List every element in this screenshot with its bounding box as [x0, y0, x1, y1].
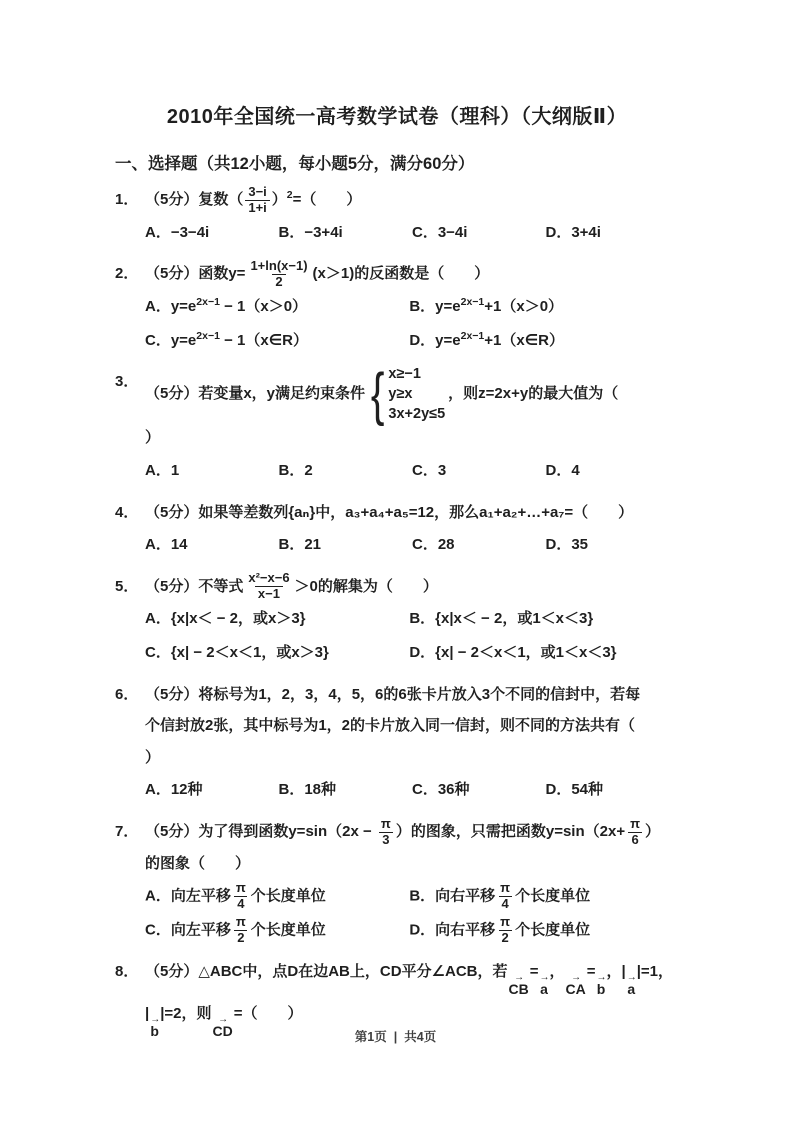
text-run: C．3−4i — [412, 224, 467, 241]
question-2: 2．（5分）函数y=1+ln(x−1)2(x＞1)的反函数是（ ）A．y=e2x… — [115, 258, 679, 359]
question-6: 6．（5分）将标号为1，2，3，4，5，6的6张卡片放入3个不同的信封中，若每个… — [115, 679, 679, 809]
question-3-line-2: ） — [145, 422, 679, 454]
text-run: A．y=e — [145, 298, 196, 315]
question-6-option-d: D．54种 — [546, 775, 680, 806]
question-1-option-b: B．−3+4i — [279, 218, 413, 249]
text-run: B．−3+4i — [279, 224, 343, 241]
math-fraction: π2 — [233, 915, 249, 946]
math-fraction: π4 — [497, 881, 513, 912]
question-5-option-c: C．{x| − 2＜x＜1，或x＞3} — [145, 638, 409, 669]
vector-base: CB — [509, 982, 529, 997]
superscript: 2x−1 — [461, 330, 485, 342]
vector-notation: →b — [597, 975, 606, 997]
fraction-denominator: 3 — [379, 832, 392, 848]
question-8-line-1: （5分）△ABC中，点D在边AB上，CD平分∠ACB，若→CB=→a，→CA=→… — [145, 956, 679, 997]
text-run: （5分）若变量x，y满足约束条件 — [145, 385, 365, 402]
question-6-line-2: 个信封放2张，其中标号为1，2的卡片放入同一信封，则不同的方法共有（ — [145, 710, 679, 742]
question-5-option-d: D．{x| − 2＜x＜1，或1＜x＜3} — [409, 638, 673, 669]
question-7: 7．（5分）为了得到函数y=sin（2x − π3）的图象，只需把函数y=sin… — [115, 816, 679, 949]
text-run: D．54种 — [546, 781, 604, 798]
question-number: 3． — [115, 366, 145, 489]
constraint-rows: x≥−1y≥x3x+2y≤5 — [388, 366, 445, 422]
question-7-option-a: A．向左平移π4个长度单位 — [145, 881, 409, 912]
text-run: 个长度单位 — [515, 922, 590, 939]
constraint-row: 3x+2y≤5 — [388, 406, 445, 423]
total-pages: 共4页 — [404, 1030, 436, 1044]
question-2-option-b: B．y=e2x−1+1（x＞0） — [409, 292, 673, 323]
question-6-option-c: C．36种 — [412, 775, 546, 806]
text-run: C．向左平移 — [145, 922, 231, 939]
text-run: ） — [145, 429, 160, 446]
page-footer: 第1页|共4页 — [0, 1027, 791, 1045]
math-fraction: 1+ln(x−1)2 — [247, 259, 310, 290]
question-3: 3．（5分）若变量x，y满足约束条件{x≥−1y≥x3x+2y≤5，则z=2x+… — [115, 366, 679, 489]
text-run: ，则z=2x+y的最大值为（ — [448, 385, 618, 402]
question-3-option-d: D．4 — [546, 456, 680, 487]
text-run: B．21 — [279, 536, 322, 553]
fraction-numerator: x²−x−6 — [245, 571, 292, 586]
text-run: C．3 — [412, 462, 446, 479]
math-fraction: π2 — [497, 915, 513, 946]
constraint-system: {x≥−1y≥x3x+2y≤5 — [368, 366, 445, 422]
text-run: | — [145, 1005, 149, 1022]
vector-notation: →a — [540, 975, 549, 997]
text-run: A．向左平移 — [145, 887, 231, 904]
fraction-numerator: π — [378, 817, 394, 832]
question-3-option-c: C．3 — [412, 456, 546, 487]
fraction-numerator: π — [233, 881, 249, 896]
text-run: D．3+4i — [546, 224, 601, 241]
text-run: （5分）将标号为1，2，3，4，5，6的6张卡片放入3个不同的信封中，若每 — [145, 686, 640, 703]
superscript: 2x−1 — [196, 330, 220, 342]
text-run: ）的图象，只需把函数y=sin（2x+ — [396, 823, 625, 840]
section-heading: 一、选择题（共12小题，每小题5分，满分60分） — [115, 150, 679, 174]
question-6-line-1: （5分）将标号为1，2，3，4，5，6的6张卡片放入3个不同的信封中，若每 — [145, 679, 679, 711]
text-run: − 1（x＞0） — [220, 298, 307, 315]
constraint-row: x≥−1 — [388, 366, 445, 383]
text-run: ） — [645, 823, 660, 840]
question-number: 1． — [115, 184, 145, 251]
fraction-denominator: 2 — [499, 930, 512, 946]
fraction-denominator: 2 — [272, 274, 285, 290]
footer-separator: | — [394, 1030, 398, 1044]
text-run: B．{x|x＜ − 2，或1＜x＜3} — [409, 610, 593, 627]
question-5-option-row: C．{x| − 2＜x＜1，或x＞3}D．{x| − 2＜x＜1，或1＜x＜3} — [145, 638, 679, 669]
question-7-option-d: D．向右平移π2个长度单位 — [409, 915, 673, 946]
question-1-option-c: C．3−4i — [412, 218, 546, 249]
text-run: A．14 — [145, 536, 188, 553]
text-run: D．y=e — [409, 332, 460, 349]
text-run: （5分）函数y= — [145, 265, 245, 282]
text-run: =（ ） — [234, 1005, 303, 1022]
fraction-numerator: π — [497, 915, 513, 930]
text-run: （5分）△ABC中，点D在边AB上，CD平分∠ACB，若 — [145, 963, 508, 980]
text-run: = — [530, 963, 539, 980]
text-run: A．1 — [145, 462, 179, 479]
question-4-option-row: A．14B．21C．28D．35 — [145, 530, 679, 561]
question-5-option-a: A．{x|x＜ − 2，或x＞3} — [145, 604, 409, 635]
text-run: |=1， — [637, 963, 673, 980]
text-run: ） — [145, 749, 160, 766]
text-run: C．36种 — [412, 781, 470, 798]
text-run: （5分）复数（ — [145, 191, 243, 208]
text-run: (x＞1)的反函数是（ ） — [313, 265, 490, 282]
question-7-line-1: （5分）为了得到函数y=sin（2x − π3）的图象，只需把函数y=sin（2… — [145, 816, 679, 848]
question-3-option-row: A．1B．2C．3D．4 — [145, 456, 679, 487]
text-run: A．−3−4i — [145, 224, 209, 241]
question-number: 6． — [115, 679, 145, 809]
question-3-line-1: （5分）若变量x，y满足约束条件{x≥−1y≥x3x+2y≤5，则z=2x+y的… — [145, 366, 679, 422]
text-run: B．y=e — [409, 298, 460, 315]
text-run: D．向右平移 — [409, 922, 495, 939]
math-fraction: π3 — [378, 817, 394, 848]
text-run: =（ ） — [293, 191, 362, 208]
fraction-denominator: 6 — [628, 832, 641, 848]
cases-brace-icon: { — [371, 367, 385, 422]
question-5-option-b: B．{x|x＜ − 2，或1＜x＜3} — [409, 604, 673, 635]
question-list: 1．（5分）复数（3−i1+i）2=（ ）A．−3−4iB．−3+4iC．3−4… — [115, 184, 679, 1039]
text-run: C．28 — [412, 536, 455, 553]
question-body: （5分）函数y=1+ln(x−1)2(x＞1)的反函数是（ ）A．y=e2x−1… — [145, 258, 679, 359]
question-7-option-b: B．向右平移π4个长度单位 — [409, 881, 673, 912]
vector-notation: →a — [627, 975, 636, 997]
question-7-option-row: A．向左平移π4个长度单位B．向右平移π4个长度单位 — [145, 881, 679, 912]
question-5-line-1: （5分）不等式x²−x−6x−1＞0的解集为（ ） — [145, 571, 679, 603]
question-body: （5分）将标号为1，2，3，4，5，6的6张卡片放入3个不同的信封中，若每个信封… — [145, 679, 679, 809]
fraction-denominator: x−1 — [255, 586, 283, 602]
fraction-numerator: 1+ln(x−1) — [247, 259, 310, 274]
text-run: A．12种 — [145, 781, 203, 798]
question-6-option-b: B．18种 — [279, 775, 413, 806]
text-run: +1（x＞0） — [484, 298, 563, 315]
question-6-line-3: ） — [145, 742, 679, 774]
vector-base: a — [540, 982, 548, 997]
vector-notation: →CB — [509, 975, 529, 997]
question-1-option-a: A．−3−4i — [145, 218, 279, 249]
text-run: ，| — [607, 963, 626, 980]
question-4: 4．（5分）如果等差数列{aₙ}中，a₃+a₄+a₅=12，那么a₁+a₂+…+… — [115, 497, 679, 564]
text-run: − 1（x∈R） — [220, 332, 308, 349]
question-2-line-1: （5分）函数y=1+ln(x−1)2(x＞1)的反函数是（ ） — [145, 258, 679, 290]
question-4-option-d: D．35 — [546, 530, 680, 561]
page-number: 第1页 — [355, 1030, 387, 1044]
text-run: C．y=e — [145, 332, 196, 349]
question-1-line-1: （5分）复数（3−i1+i）2=（ ） — [145, 184, 679, 216]
text-run: D．{x| − 2＜x＜1，或1＜x＜3} — [409, 644, 616, 661]
question-body: （5分）如果等差数列{aₙ}中，a₃+a₄+a₅=12，那么a₁+a₂+…+a₇… — [145, 497, 679, 564]
text-run: 个长度单位 — [251, 887, 326, 904]
fraction-denominator: 2 — [234, 930, 247, 946]
question-number: 4． — [115, 497, 145, 564]
text-run: 的图象（ ） — [145, 855, 250, 872]
text-run: （5分）不等式 — [145, 578, 243, 595]
question-4-option-c: C．28 — [412, 530, 546, 561]
constraint-row: y≥x — [388, 386, 445, 403]
text-run: （5分）如果等差数列{aₙ}中，a₃+a₄+a₅=12，那么a₁+a₂+…+a₇… — [145, 504, 633, 521]
question-4-option-a: A．14 — [145, 530, 279, 561]
math-fraction: 3−i1+i — [245, 185, 269, 216]
text-run: B．18种 — [279, 781, 337, 798]
text-run: |=2，则 — [160, 1005, 211, 1022]
question-number: 7． — [115, 816, 145, 949]
question-2-option-d: D．y=e2x−1+1（x∈R） — [409, 326, 673, 357]
text-run: 个长度单位 — [515, 887, 590, 904]
question-7-option-c: C．向左平移π2个长度单位 — [145, 915, 409, 946]
question-1-option-row: A．−3−4iB．−3+4iC．3−4iD．3+4i — [145, 218, 679, 249]
question-1-option-d: D．3+4i — [546, 218, 680, 249]
text-run: +1（x∈R） — [484, 332, 564, 349]
question-1: 1．（5分）复数（3−i1+i）2=（ ）A．−3−4iB．−3+4iC．3−4… — [115, 184, 679, 251]
text-run: = — [587, 963, 596, 980]
question-body: （5分）若变量x，y满足约束条件{x≥−1y≥x3x+2y≤5，则z=2x+y的… — [145, 366, 679, 489]
question-3-option-b: B．2 — [279, 456, 413, 487]
fraction-numerator: 3−i — [245, 185, 269, 200]
text-run: A．{x|x＜ − 2，或x＞3} — [145, 610, 306, 627]
vector-base: a — [627, 982, 635, 997]
question-number: 5． — [115, 571, 145, 672]
question-4-line-1: （5分）如果等差数列{aₙ}中，a₃+a₄+a₅=12，那么a₁+a₂+…+a₇… — [145, 497, 679, 529]
question-2-option-a: A．y=e2x−1 − 1（x＞0） — [145, 292, 409, 323]
question-2-option-c: C．y=e2x−1 − 1（x∈R） — [145, 326, 409, 357]
fraction-denominator: 4 — [499, 896, 512, 912]
question-7-line-2: 的图象（ ） — [145, 848, 679, 880]
question-2-option-row: C．y=e2x−1 − 1（x∈R）D．y=e2x−1+1（x∈R） — [145, 326, 679, 357]
exam-title: 2010年全国统一高考数学试卷（理科）（大纲版Ⅱ） — [115, 100, 679, 129]
text-run: D．4 — [546, 462, 580, 479]
text-run: ） — [272, 191, 287, 208]
question-body: （5分）复数（3−i1+i）2=（ ）A．−3−4iB．−3+4iC．3−4iD… — [145, 184, 679, 251]
question-5: 5．（5分）不等式x²−x−6x−1＞0的解集为（ ）A．{x|x＜ − 2，或… — [115, 571, 679, 672]
document-page: 2010年全国统一高考数学试卷（理科）（大纲版Ⅱ） 一、选择题（共12小题，每小… — [0, 0, 791, 1039]
math-fraction: π6 — [627, 817, 643, 848]
vector-notation: →CA — [566, 975, 586, 997]
fraction-denominator: 1+i — [245, 200, 269, 216]
question-3-option-a: A．1 — [145, 456, 279, 487]
question-number: 2． — [115, 258, 145, 359]
question-6-option-a: A．12种 — [145, 775, 279, 806]
fraction-denominator: 4 — [234, 896, 247, 912]
vector-base: CA — [566, 982, 586, 997]
fraction-numerator: π — [497, 881, 513, 896]
vector-base: b — [597, 982, 606, 997]
text-run: B．2 — [279, 462, 313, 479]
fraction-numerator: π — [627, 817, 643, 832]
question-4-option-b: B．21 — [279, 530, 413, 561]
question-7-option-row: C．向左平移π2个长度单位D．向右平移π2个长度单位 — [145, 915, 679, 946]
text-run: ＞0的解集为（ ） — [295, 578, 438, 595]
text-run: B．向右平移 — [409, 887, 495, 904]
text-run: D．35 — [546, 536, 589, 553]
fraction-numerator: π — [233, 915, 249, 930]
question-body: （5分）不等式x²−x−6x−1＞0的解集为（ ）A．{x|x＜ − 2，或x＞… — [145, 571, 679, 672]
exam-page: { "page": { "title": "2010年全国统一高考数学试卷（理科… — [0, 0, 791, 1122]
question-body: （5分）为了得到函数y=sin（2x − π3）的图象，只需把函数y=sin（2… — [145, 816, 679, 949]
math-fraction: π4 — [233, 881, 249, 912]
question-6-option-row: A．12种B．18种C．36种D．54种 — [145, 775, 679, 806]
superscript: 2x−1 — [461, 296, 485, 308]
superscript: 2x−1 — [196, 296, 220, 308]
question-5-option-row: A．{x|x＜ − 2，或x＞3}B．{x|x＜ − 2，或1＜x＜3} — [145, 604, 679, 635]
text-run: 个长度单位 — [251, 922, 326, 939]
math-fraction: x²−x−6x−1 — [245, 571, 292, 602]
text-run: 个信封放2张，其中标号为1，2的卡片放入同一信封，则不同的方法共有（ — [145, 717, 635, 734]
text-run: （5分）为了得到函数y=sin（2x − — [145, 823, 376, 840]
text-run: ， — [550, 963, 565, 980]
question-2-option-row: A．y=e2x−1 − 1（x＞0）B．y=e2x−1+1（x＞0） — [145, 292, 679, 323]
text-run: C．{x| − 2＜x＜1，或x＞3} — [145, 644, 329, 661]
